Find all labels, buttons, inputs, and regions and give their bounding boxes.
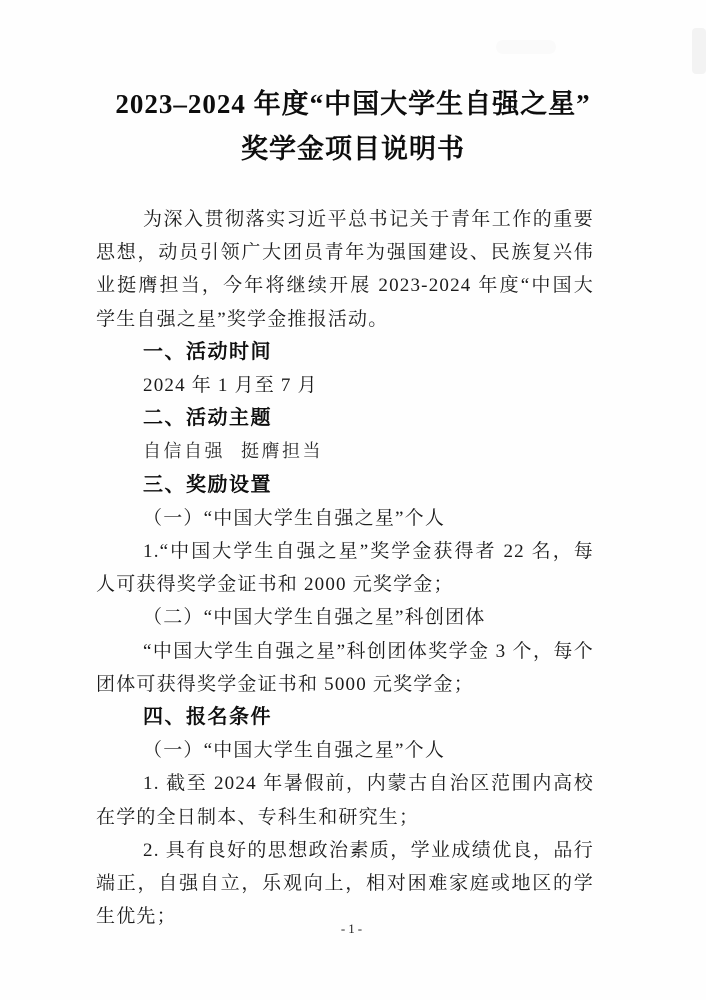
page-number: -1- [0,921,706,937]
document-title-line2: 奖学金项目说明书 [0,127,706,172]
award-item-team: “中国大学生自强之星”科创团体奖学金 3 个，每个团体可获得奖学金证书和 500… [96,635,594,701]
section-heading-1: 一、活动时间 [96,336,594,369]
document-title: 2023–2024 年度“中国大学生自强之星” 奖学金项目说明书 [0,0,706,172]
section-heading-2: 二、活动主题 [96,402,594,435]
award-subheading-1: （一）“中国大学生自强之星”个人 [96,502,594,535]
document-body: 为深入贯彻落实习近平总书记关于青年工作的重要思想，动员引领广大团员青年为强国建设… [96,203,594,933]
document-title-line1: 2023–2024 年度“中国大学生自强之星” [0,82,706,127]
scan-artifact [496,40,556,54]
section-heading-4: 四、报名条件 [96,701,594,734]
activity-time: 2024 年 1 月至 7 月 [96,369,594,402]
document-page: 2023–2024 年度“中国大学生自强之星” 奖学金项目说明书 为深入贯彻落实… [0,0,706,1000]
condition-item-2: 2. 具有良好的思想政治素质，学业成绩优良，品行端正，自强自立，乐观向上，相对困… [96,834,594,934]
section-heading-3: 三、奖励设置 [96,469,594,502]
paragraph-intro: 为深入贯彻落实习近平总书记关于青年工作的重要思想，动员引领广大团员青年为强国建设… [96,203,594,336]
condition-subheading: （一）“中国大学生自强之星”个人 [96,734,594,767]
award-subheading-2: （二）“中国大学生自强之星”科创团体 [96,601,594,634]
activity-theme: 自信自强 挺膺担当 [96,435,594,468]
scan-artifact [692,28,706,74]
award-item-individual: 1.“中国大学生自强之星”奖学金获得者 22 名，每人可获得奖学金证书和 200… [96,535,594,601]
condition-item-1: 1. 截至 2024 年暑假前，内蒙古自治区范围内高校在学的全日制本、专科生和研… [96,767,594,833]
